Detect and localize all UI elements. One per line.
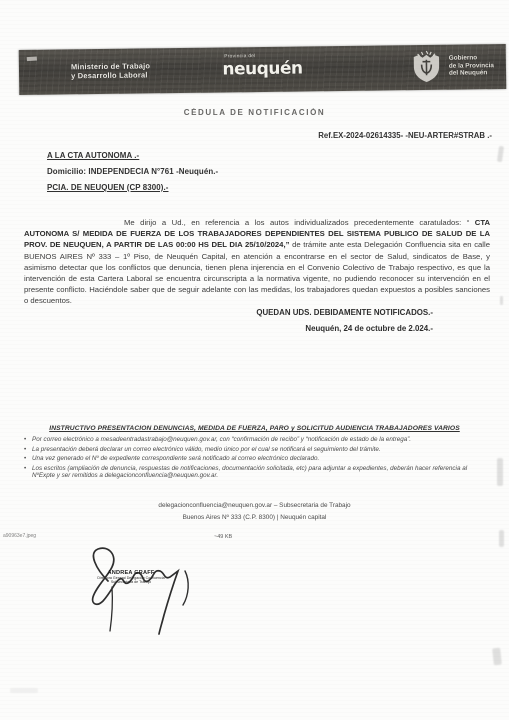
signature-stamp: ANDREA GRAFF Directora General Delegació…: [88, 570, 174, 585]
footer-contact-line: delegacionconfluencia@neuquen.gov.ar – S…: [0, 502, 509, 509]
neuquen-wordmark: Provincia del neuquén: [222, 54, 302, 80]
government-logo: Gobierno de la Provincia del Neuquén: [410, 49, 495, 83]
instructions-list: Por correo electrónico a mesadeentradast…: [22, 436, 476, 482]
scan-artifact: [492, 648, 502, 666]
reference-number: Ref.EX-2024-02614335- -NEU-ARTER#STRAB .…: [318, 131, 492, 140]
signature-block: ANDREA GRAFF Directora General Delegació…: [82, 543, 207, 635]
instruction-item: La presentación deberá declarar un corre…: [32, 446, 476, 454]
scan-artifact-dash: [27, 56, 37, 61]
body-rest: de trámite ante esta Delegación Confluen…: [24, 240, 490, 305]
ministry-logo: Ministerio de Trabajo y Desarrollo Labor…: [71, 61, 150, 80]
neuquen-wordmark-small: Provincia del: [224, 54, 302, 60]
instruction-item: Por correo electrónico a mesadeentradast…: [32, 436, 476, 444]
government-logo-text: Gobierno de la Provincia del Neuquén: [449, 54, 494, 77]
body-intro: Me dirijo a Ud., en referencia a los aut…: [124, 218, 475, 227]
addressee-province: PCIA. DE NEUQUEN (CP 8300).-: [47, 183, 168, 192]
ministry-line2: y Desarrollo Laboral: [71, 70, 150, 80]
scan-artifact: [497, 146, 504, 163]
notification-body: Me dirijo a Ud., en referencia a los aut…: [24, 217, 490, 307]
instruction-item: Los escritos (ampliación de denuncia, re…: [32, 465, 476, 480]
instructions-heading: INSTRUCTIVO PRESENTACION DENUNCIAS, MEDI…: [0, 425, 509, 432]
addressee-name: A LA CTA AUTONOMA .-: [47, 151, 139, 160]
header-band: Ministerio de Trabajo y Desarrollo Labor…: [19, 44, 507, 95]
scan-artifact: [499, 530, 504, 547]
neuquen-wordmark-main: neuquén: [222, 59, 302, 80]
footer-address-line: Buenos Aires Nº 333 (C.P. 8300) | Neuqué…: [0, 514, 509, 521]
gov-line3: del Neuquén: [449, 69, 494, 77]
scan-artifact: [10, 688, 38, 693]
scan-artifact: [500, 296, 503, 305]
addressee-address: Domicilio: INDEPENDECIA N°761 -Neuquén.-: [47, 167, 218, 176]
scan-artifact: [497, 458, 503, 486]
closing-notified: QUEDAN UDS. DEBIDAMENTE NOTIFICADOS.-: [256, 308, 433, 317]
signer-role-2: Subsecretaría de Trabajo: [88, 580, 174, 584]
attachment-filesize: ~49 KB: [214, 534, 232, 540]
instruction-item: Una vez generado el Nº de expediente cor…: [32, 455, 476, 463]
provincial-shield-icon: [410, 50, 443, 83]
closing-date: Neuquén, 24 de octubre de 2.024.-: [305, 324, 433, 333]
signature-scribble-icon: [82, 543, 207, 635]
page-title: CÉDULA DE NOTIFICACIÓN: [0, 108, 509, 117]
scanned-document-page: Ministerio de Trabajo y Desarrollo Labor…: [0, 0, 509, 720]
attachment-filename: a90963e7.jpeg: [3, 533, 36, 539]
